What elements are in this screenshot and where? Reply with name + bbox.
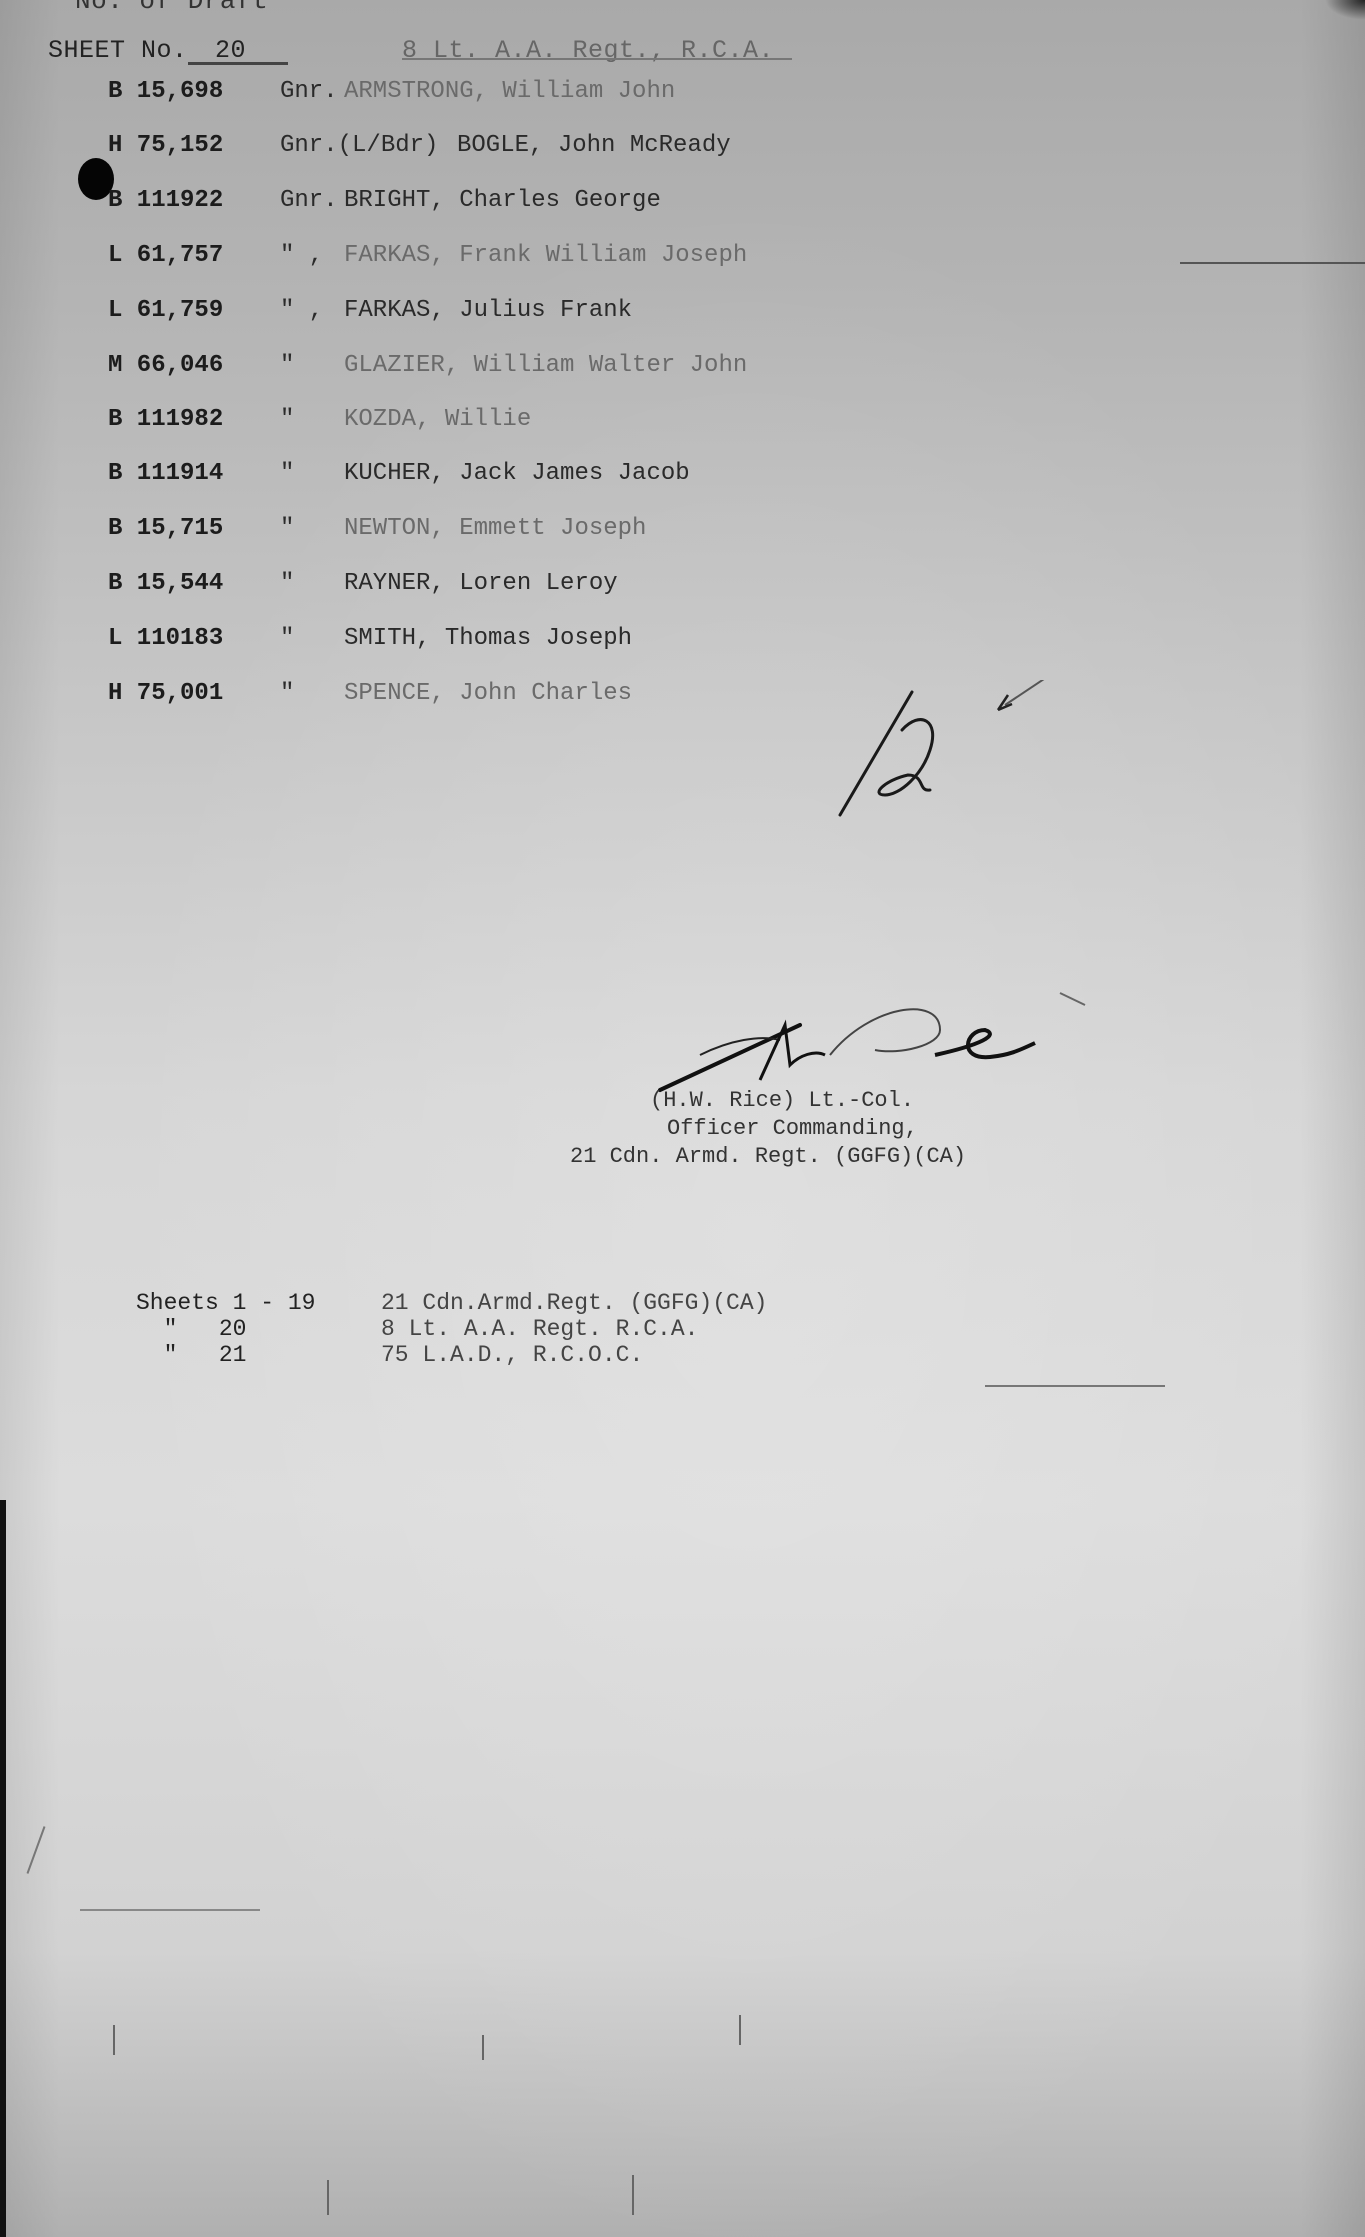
soldier-name: KUCHER, Jack James Jacob [344,460,690,487]
service-number: B 15,544 [108,570,223,597]
summary-sheets: Sheets 1 - 19 [136,1290,315,1316]
soldier-name: BRIGHT, Charles George [344,187,661,214]
rank: Gnr. [280,78,338,105]
summary-sheets: " 21 [136,1342,246,1368]
scan-scratch [739,2015,741,2045]
service-number: B 111982 [108,406,223,433]
signature-scrawl [640,985,1090,1095]
scan-border [0,1500,6,2237]
soldier-name: GLAZIER, William Walter John [344,352,747,379]
sheet-number: 20 [215,36,246,65]
unit-underline [402,58,792,60]
scan-scratch [27,1826,46,1874]
service-number: B 111922 [108,187,223,214]
scan-corner-shadow [1325,0,1365,20]
signatory-name: (H.W. Rice) Lt.-Col. [650,1088,914,1113]
clipped-header-text: No. of Draft [75,0,268,16]
soldier-name: NEWTON, Emmett Joseph [344,515,646,542]
summary-unit: 75 L.A.D., R.C.O.C. [381,1342,643,1368]
scan-scratch [632,2175,634,2215]
soldier-name: SMITH, Thomas Joseph [344,625,632,652]
sheet-label: SHEET No. [48,36,188,65]
rank: " , [280,242,323,269]
soldier-name: ARMSTRONG, William John [344,78,675,105]
rank: " [280,460,294,487]
scan-line [1180,262,1365,264]
scan-line [80,1909,260,1911]
rank: " , [280,297,323,324]
handwritten-count [830,680,1080,830]
soldier-name: FARKAS, Julius Frank [344,297,632,324]
scan-scratch [327,2180,329,2215]
summary-unit: 21 Cdn.Armd.Regt. (GGFG)(CA) [381,1290,767,1316]
rank: " [280,515,294,542]
summary-unit: 8 Lt. A.A. Regt. R.C.A. [381,1316,698,1342]
scan-scratch [482,2035,484,2060]
service-number: H 75,001 [108,680,223,707]
rank: " [280,406,294,433]
soldier-name: BOGLE, John McReady [457,132,731,159]
soldier-name: RAYNER, Loren Leroy [344,570,618,597]
scan-line [985,1385,1165,1387]
service-number: B 15,698 [108,78,223,105]
rank: " [280,625,294,652]
signatory-title: Officer Commanding, [667,1116,918,1141]
rank: " [280,352,294,379]
service-number: H 75,152 [108,132,223,159]
rank: Gnr. [280,187,338,214]
soldier-name: SPENCE, John Charles [344,680,632,707]
service-number: B 15,715 [108,515,223,542]
unit-heading: 8 Lt. A.A. Regt., R.C.A. [402,36,774,65]
service-number: M 66,046 [108,352,223,379]
service-number: L 110183 [108,625,223,652]
rank: " [280,570,294,597]
scan-scratch [113,2025,115,2055]
soldier-name: FARKAS, Frank William Joseph [344,242,747,269]
sheet-number-underline [188,62,288,65]
service-number: L 61,759 [108,297,223,324]
service-number: B 111914 [108,460,223,487]
service-number: L 61,757 [108,242,223,269]
rank: Gnr.(L/Bdr) [280,132,438,159]
soldier-name: KOZDA, Willie [344,406,531,433]
signatory-unit: 21 Cdn. Armd. Regt. (GGFG)(CA) [570,1144,966,1169]
summary-sheets: " 20 [136,1316,246,1342]
rank: " [280,680,294,707]
